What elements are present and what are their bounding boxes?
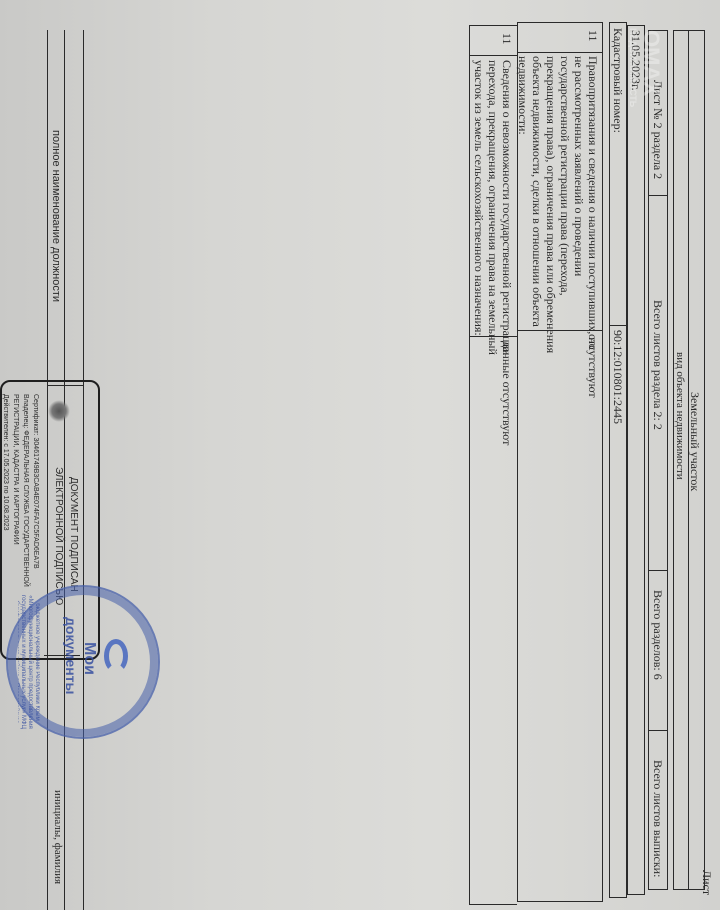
- row-text-line: перехода, прекращения, ограничения права…: [486, 60, 500, 355]
- certificate-validity: Действителен: с 17.05.2023 по 10.08.2023: [1, 394, 10, 531]
- row-text-line: недвижимости:: [516, 56, 530, 135]
- row-text-line: прекращения права), ограничения права ил…: [544, 56, 558, 353]
- watermark: OMAX: [640, 30, 662, 96]
- row-text-line: участок из земель сельскохозяйственного …: [472, 60, 486, 336]
- stamp-center-text-line2: документы: [64, 617, 78, 694]
- cadastral-row: [609, 22, 627, 898]
- position-caption: полное наименование должности: [49, 130, 63, 302]
- row-number: 11: [500, 33, 514, 45]
- cadastral-label: Кадастровый номер:: [611, 28, 625, 133]
- row-number: 11: [586, 30, 600, 42]
- date-row: [627, 25, 645, 895]
- emblem-icon: [48, 400, 70, 422]
- stamp-outer-text: бюджетное учреждение Республики Крым «Мн…: [18, 595, 40, 729]
- certificate-owner: Владелец: ФЕДЕРАЛЬНАЯ СЛУЖБА ГОСУДАРСТВЕ…: [21, 394, 30, 587]
- row-text-line: не рассмотренных заявлений о проведении: [572, 56, 586, 276]
- extract-sheets-total: Всего листов выписки:: [651, 760, 665, 877]
- section-sheets-total: Всего листов раздела 2: 2: [651, 300, 665, 430]
- row-text-line: Правопритязания и сведения о наличии пос…: [586, 56, 600, 350]
- object-type-caption: вид объекта недвижимости: [673, 352, 687, 480]
- stamp-logo-icon: [104, 639, 128, 673]
- object-type: Земельный участок: [688, 392, 702, 491]
- signature-title: ДОКУМЕНТ ПОДПИСАН: [66, 477, 80, 592]
- certificate-owner-line2: РЕГИСТРАЦИИ, КАДАСТРА И КАРТОГРАФИИ: [11, 394, 20, 545]
- row-value: отсутствуют: [586, 334, 600, 398]
- stamp-center-text: Мои: [82, 642, 96, 675]
- initials-caption: инициалы, фамилия: [51, 790, 65, 884]
- row-text-line: объекта недвижимости, сделки в отношении…: [530, 56, 544, 327]
- official-stamp: Мои документы бюджетное учреждение Респу…: [6, 585, 160, 739]
- row-text-line: Сведения о невозможности государственной…: [500, 60, 514, 355]
- cadastral-number: 90:12:010801:2445: [611, 330, 625, 424]
- document-sheet: Лист Земельный участок вид объекта недви…: [0, 0, 720, 910]
- signature-title-line2: ЭЛЕКТРОННОЙ ПОДПИСЬЮ: [51, 467, 65, 605]
- certificate-number: Сертификат: 30461749B3CAB4E074FA7C5FAD6E…: [31, 394, 40, 569]
- row-value: данные отсутствуют: [500, 341, 514, 445]
- row-text-line: государственной регистрации права (перех…: [558, 56, 572, 296]
- watermark-subtitle: НЕДВИЖИМОСТЬ: [626, 28, 640, 107]
- sections-total: Всего разделов: 6: [651, 590, 665, 680]
